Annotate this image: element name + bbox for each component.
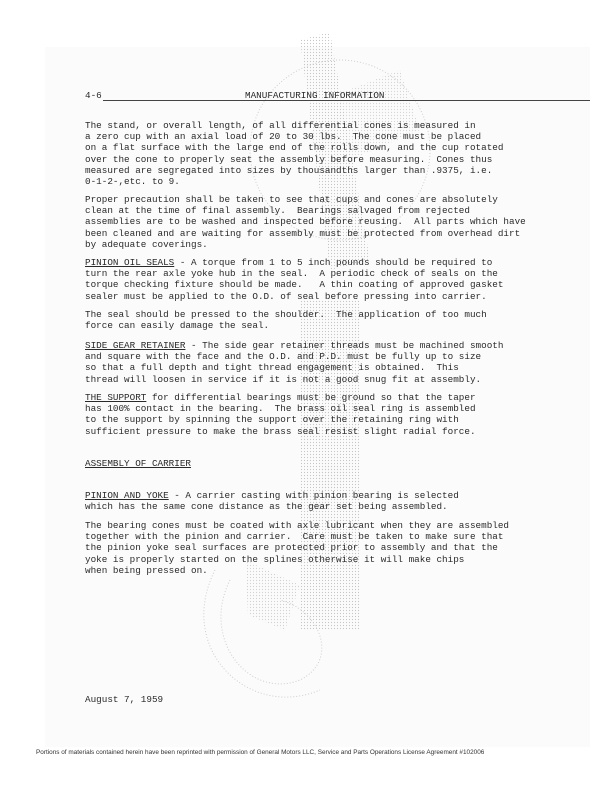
paragraph-side-gear-retainer: SIDE GEAR RETAINER - The side gear retai… — [85, 340, 503, 385]
side-gear-retainer-heading: SIDE GEAR RETAINER — [85, 340, 185, 351]
section-heading-assembly-of-carrier: ASSEMBLY OF CARRIER — [85, 458, 191, 469]
document-date: August 7, 1959 — [85, 694, 163, 705]
paragraph-seal-pressing: The seal should be pressed to the should… — [85, 309, 487, 331]
paragraph-pinion-oil-seals: PINION OIL SEALS - A torque from 1 to 5 … — [85, 257, 503, 302]
header-title: MANUFACTURING INFORMATION — [245, 90, 384, 101]
paragraph-cone-stand: The stand, or overall length, of all dif… — [85, 120, 503, 187]
license-footer: Portions of materials contained herein h… — [36, 749, 484, 756]
paragraph-bearing-cones: The bearing cones must be coated with ax… — [85, 520, 509, 576]
page-number: 4-6 — [85, 90, 102, 101]
paragraph-the-support: THE SUPPORT for differential bearings mu… — [85, 392, 476, 437]
pinion-and-yoke-heading: PINION AND YOKE — [85, 490, 169, 501]
the-support-heading: THE SUPPORT — [85, 392, 146, 403]
page-header: 4-6 MANUFACTURING INFORMATION — [85, 90, 590, 102]
paragraph-precaution: Proper precaution shall be taken to see … — [85, 194, 526, 250]
paragraph-pinion-and-yoke: PINION AND YOKE - A carrier casting with… — [85, 490, 459, 512]
pinion-oil-seals-heading: PINION OIL SEALS — [85, 257, 174, 268]
